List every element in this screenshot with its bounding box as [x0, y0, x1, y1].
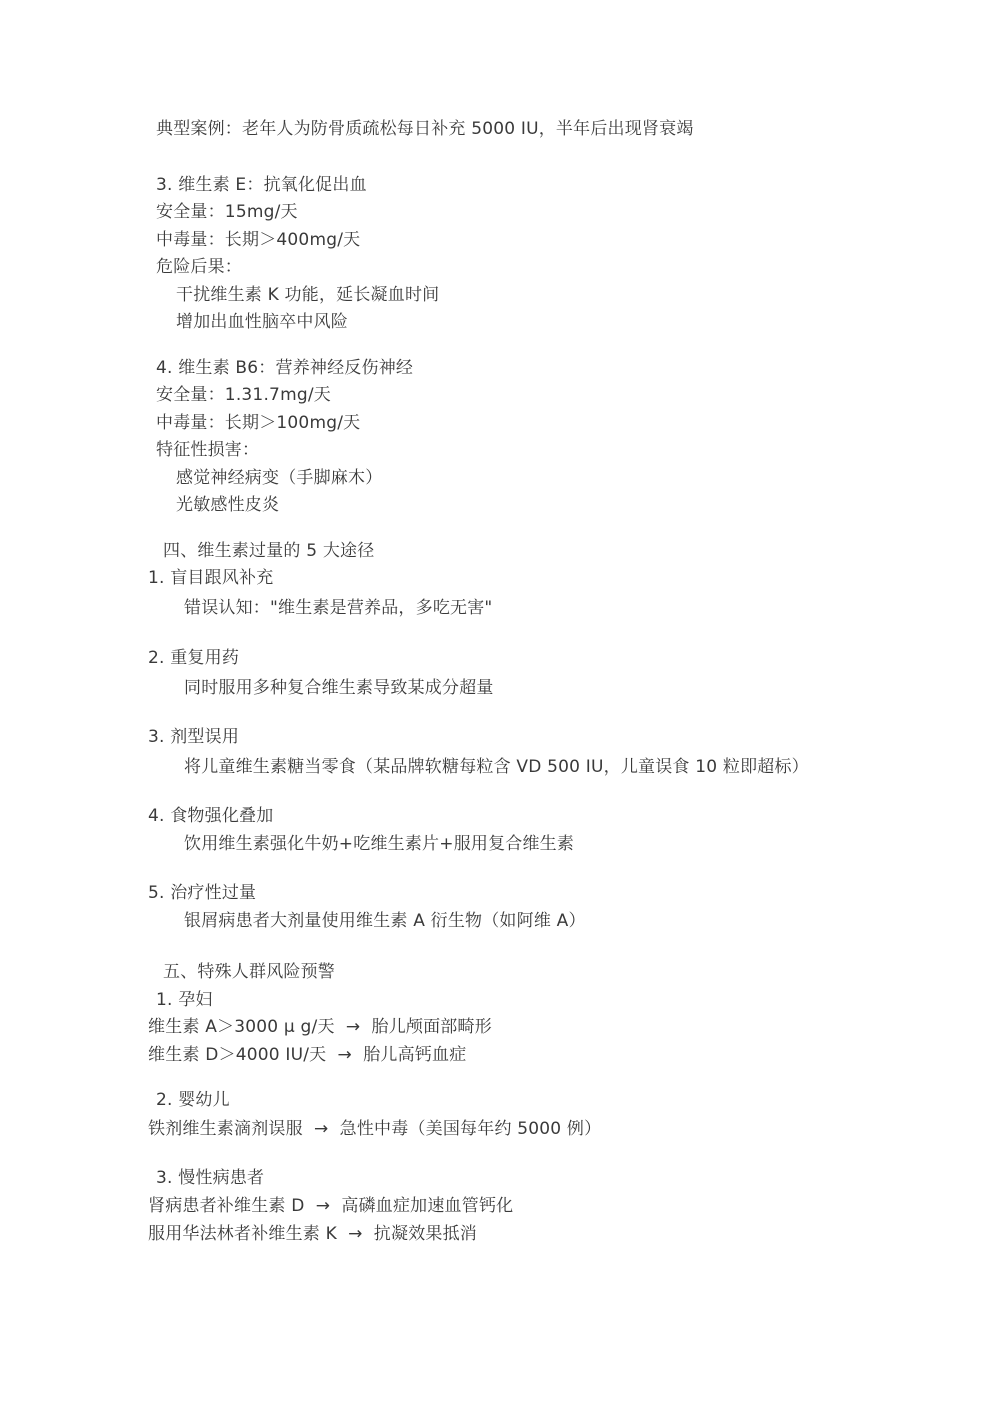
text-line: 安全量：1.31.7mg/天 — [148, 382, 912, 410]
text-line: 危险后果： — [148, 254, 912, 282]
text-line: 同时服用多种复合维生素导致某成分超量 — [148, 675, 912, 703]
text-line: 银屑病患者大剂量使用维生素 A 衍生物（如阿维 A） — [148, 908, 912, 936]
text-line: 5. 治疗性过量 — [148, 880, 912, 908]
text-line: 3. 维生素 E：抗氧化促出血 — [148, 172, 912, 200]
text-line: 安全量：15mg/天 — [148, 199, 912, 227]
text-line: 3. 剂型误用 — [148, 724, 912, 752]
text-line: 错误认知："维生素是营养品，多吃无害" — [148, 595, 912, 623]
text-line: 4. 维生素 B6：营养神经反伤神经 — [148, 355, 912, 383]
text-line: 感觉神经病变（手脚麻木） — [148, 465, 912, 493]
text-line: 3. 慢性病患者 — [148, 1165, 912, 1193]
text-line: 特征性损害： — [148, 437, 912, 465]
text-line: 维生素 A＞3000 μ g/天 → 胎儿颅面部畸形 — [148, 1014, 912, 1042]
text-line: 饮用维生素强化牛奶+吃维生素片+服用复合维生素 — [148, 831, 912, 859]
text-line: 光敏感性皮炎 — [148, 492, 912, 520]
text-line: 五、特殊人群风险预警 — [148, 959, 912, 987]
text-line: 典型案例：老年人为防骨质疏松每日补充 5000 IU，半年后出现肾衰竭 — [148, 116, 912, 144]
document-page: 典型案例：老年人为防骨质疏松每日补充 5000 IU，半年后出现肾衰竭3. 维生… — [0, 0, 992, 1403]
text-line: 四、维生素过量的 5 大途径 — [148, 538, 912, 566]
text-line: 增加出血性脑卒中风险 — [148, 309, 912, 337]
text-line: 4. 食物强化叠加 — [148, 803, 912, 831]
text-line: 将儿童维生素糖当零食（某品牌软糖每粒含 VD 500 IU，儿童误食 10 粒即… — [148, 754, 912, 782]
text-line: 干扰维生素 K 功能，延长凝血时间 — [148, 282, 912, 310]
text-line: 服用华法林者补维生素 K → 抗凝效果抵消 — [148, 1221, 912, 1249]
text-line: 中毒量：长期＞100mg/天 — [148, 410, 912, 438]
document-text-block: 典型案例：老年人为防骨质疏松每日补充 5000 IU，半年后出现肾衰竭3. 维生… — [148, 116, 912, 1249]
text-line: 1. 盲目跟风补充 — [148, 565, 912, 593]
text-line: 1. 孕妇 — [148, 987, 912, 1015]
text-line: 铁剂维生素滴剂误服 → 急性中毒（美国每年约 5000 例） — [148, 1116, 912, 1144]
text-line: 肾病患者补维生素 D → 高磷血症加速血管钙化 — [148, 1193, 912, 1221]
text-line: 2. 重复用药 — [148, 645, 912, 673]
text-line: 2. 婴幼儿 — [148, 1087, 912, 1115]
text-line: 维生素 D＞4000 IU/天 → 胎儿高钙血症 — [148, 1042, 912, 1070]
text-line: 中毒量：长期＞400mg/天 — [148, 227, 912, 255]
